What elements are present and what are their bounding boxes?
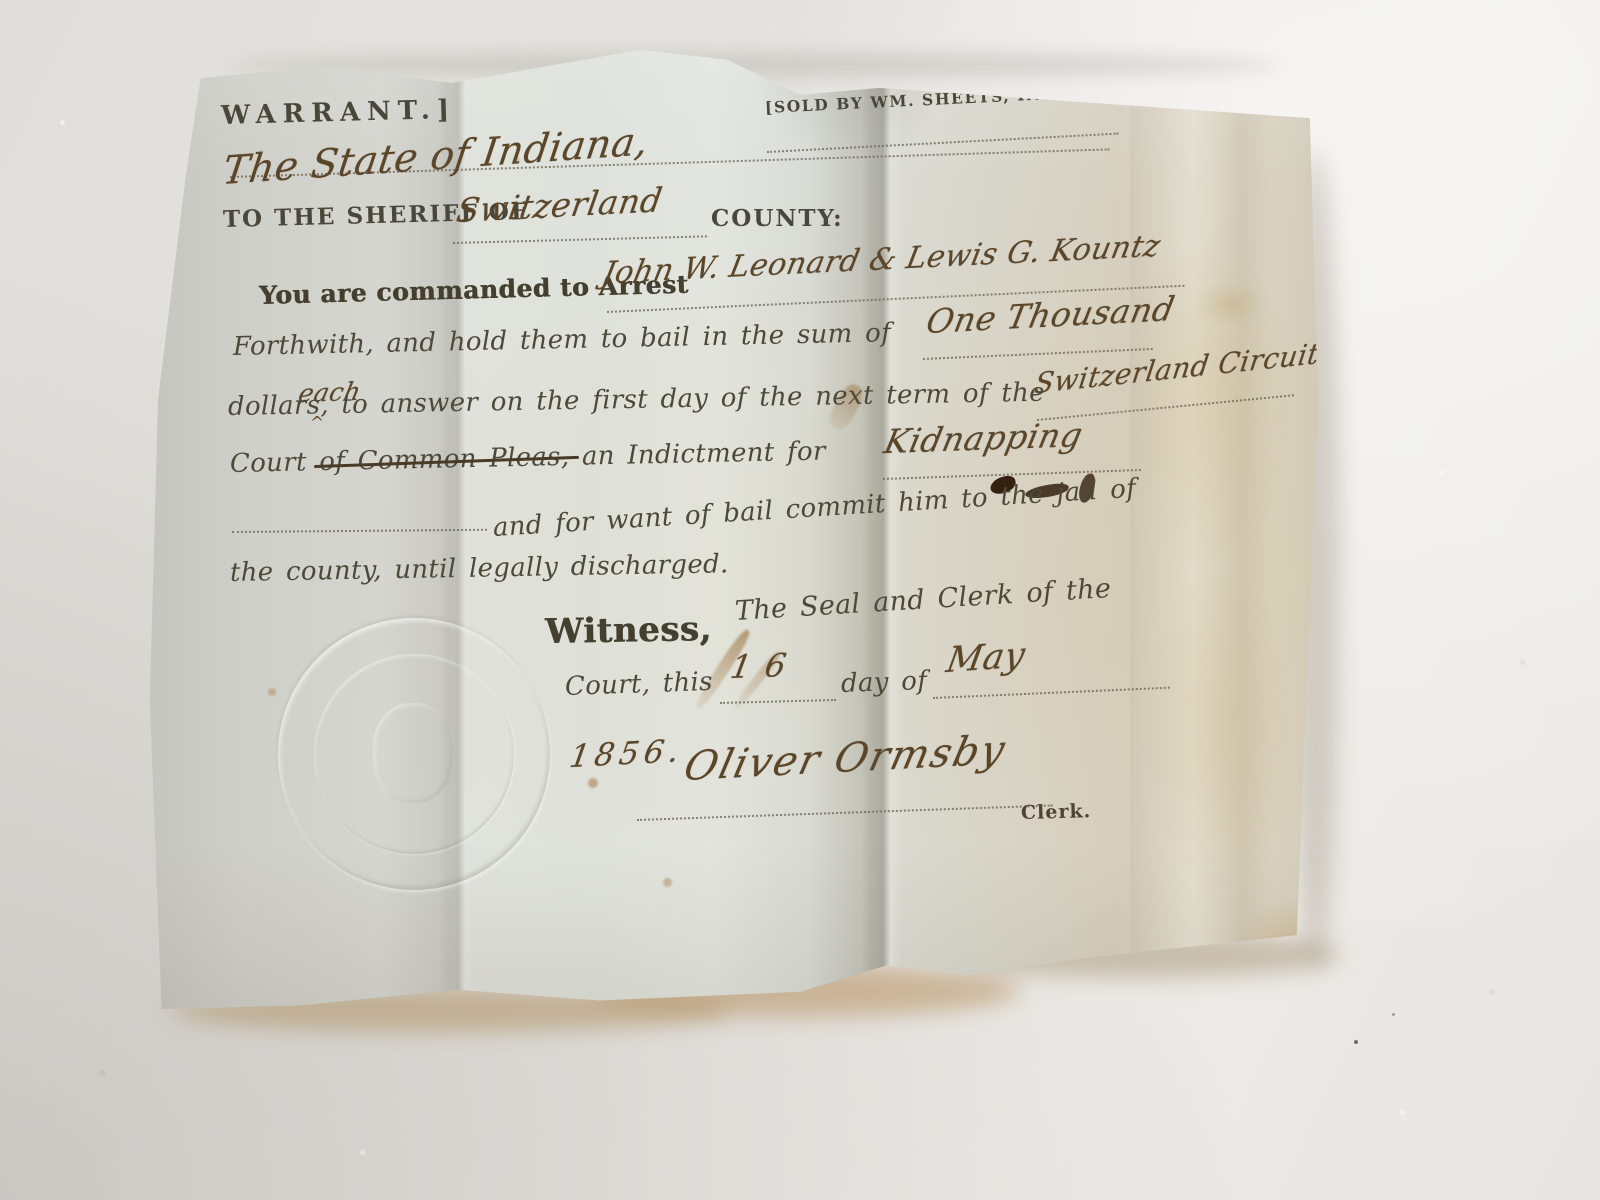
wall-texture (60, 120, 65, 125)
bail-clause-printed: Forthwith, and hold them to bail in the … (233, 318, 892, 362)
witness-label-printed: Witness, (545, 609, 712, 652)
court-indictment-line: Court of Common Pleas, an Indictment for (230, 437, 826, 479)
discharge-clause-printed: the county, until legally discharged. (230, 549, 729, 588)
fox-spot (588, 778, 598, 788)
struck-common-pleas-printed: of Common Pleas, (319, 442, 570, 477)
warrant-label: WARRANT.] (221, 95, 457, 131)
embossed-county-seal (278, 618, 550, 890)
commit-clause-printed: and for want of bail commit him to the j… (492, 474, 1137, 543)
ink-smudge (1195, 283, 1265, 325)
clerk-label-printed: Clerk. (1021, 800, 1092, 824)
day-handwriting: 16 (728, 645, 803, 686)
court-this-printed: Court, this (564, 667, 713, 702)
age-stain (1145, 565, 1295, 895)
fox-spot (268, 688, 276, 696)
indictment-for-printed: an Indictment for (582, 437, 826, 472)
photo-scene: WARRANT.] [SOLD BY WM. SHEETS, INDIANAPO… (0, 0, 1600, 1200)
fold-crease-middle (861, 45, 901, 1020)
wall-speck (1354, 1040, 1358, 1044)
county-name-handwriting: Switzerland (454, 180, 665, 230)
fox-spot (663, 878, 672, 887)
warrant-document: WARRANT.] [SOLD BY WM. SHEETS, INDIANAPO… (145, 45, 1330, 1020)
day-of-printed: day of (840, 666, 927, 699)
dotted-rule (637, 804, 1053, 821)
state-of-indiana-handwriting: The State of Indiana, (220, 119, 652, 194)
court-word-printed: Court (230, 447, 307, 479)
seal-center-figure (373, 703, 453, 803)
wall-speck (1392, 1013, 1395, 1016)
county-label-printed: COUNTY: (711, 205, 844, 232)
seal-clerk-printed: The Seal and Clerk of the (734, 573, 1112, 627)
clerk-signature-handwriting: Oliver Ormsby (680, 727, 1011, 790)
year-handwriting: 1856. (567, 733, 686, 775)
month-handwriting: May (943, 635, 1028, 681)
charge-handwriting: Kidnapping (881, 415, 1087, 461)
dotted-rule (453, 235, 707, 244)
